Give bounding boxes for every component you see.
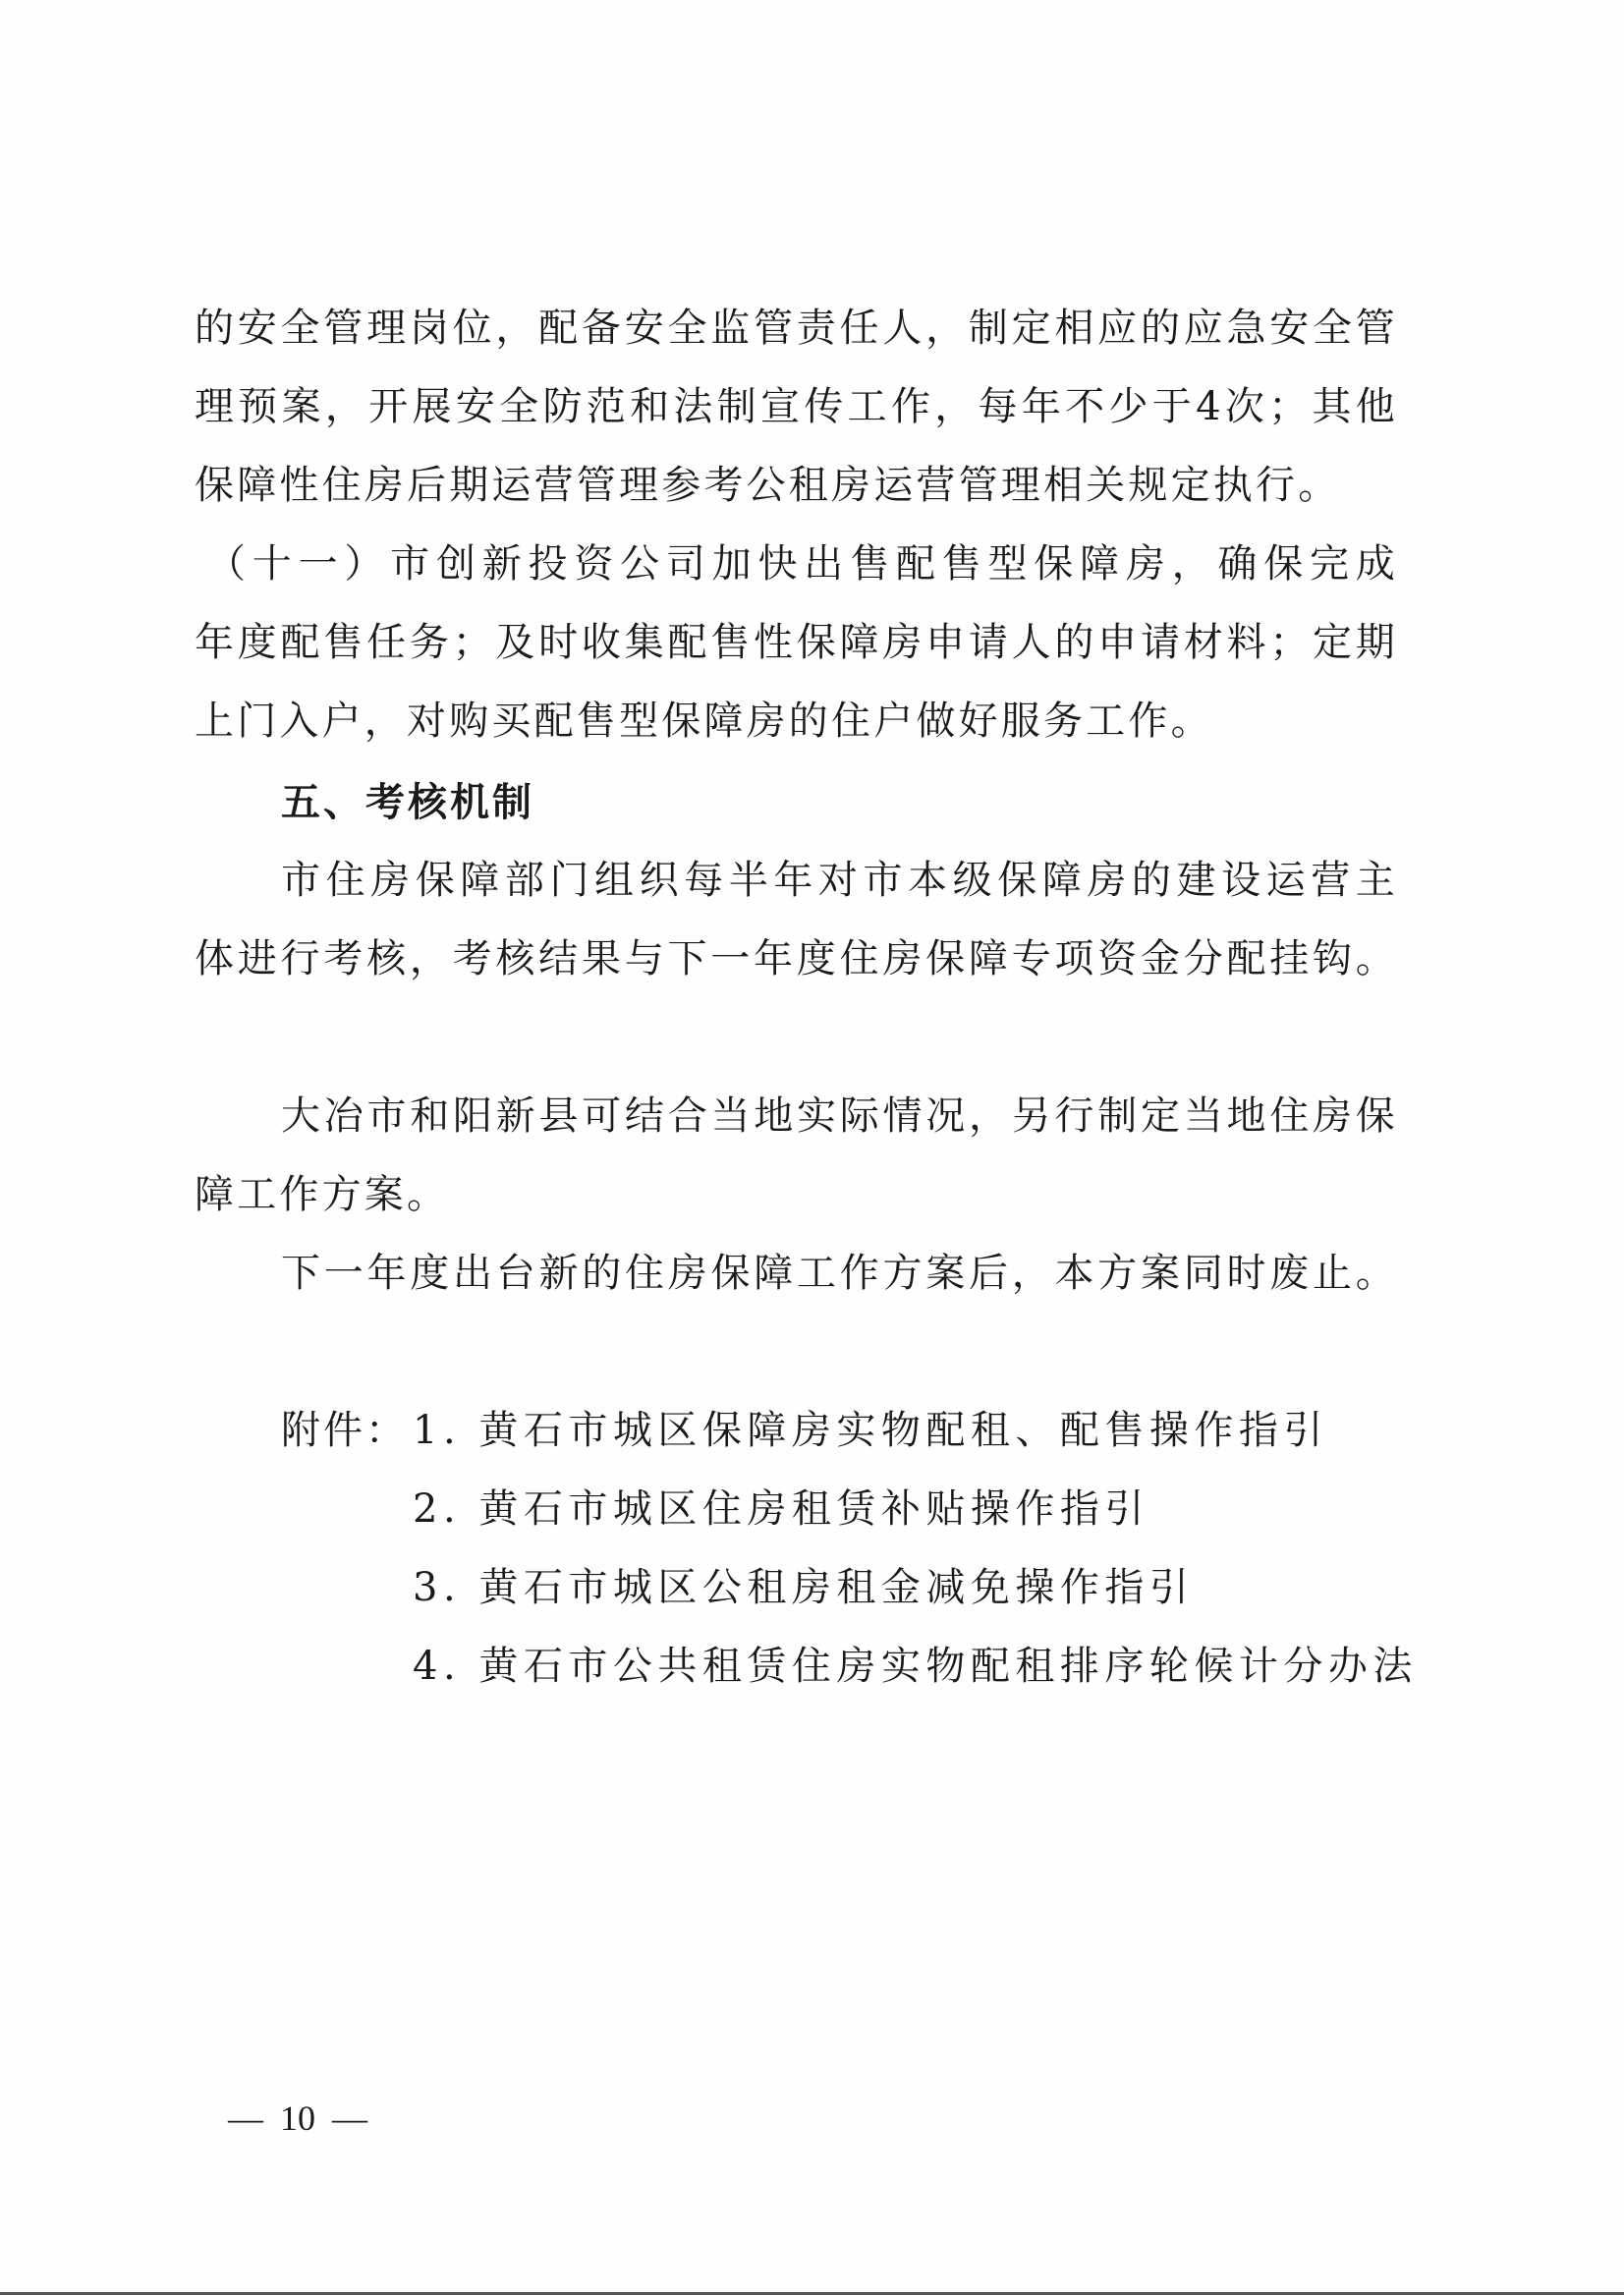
paragraph-line: 体进行考核，考核结果与下一年度住房保障专项资金分配挂钩。 (195, 935, 1398, 982)
attachment-item: 4. 黄石市公共租赁住房实物配租排序轮候计分办法 (413, 1643, 1418, 1690)
attachments-label: 附件： (281, 1407, 408, 1454)
paragraph-line: 上门入户，对购买配售型保障房的住户做好服务工作。 (195, 698, 1398, 745)
page-number: — 10 — (228, 2099, 367, 2138)
document-page: 的安全管理岗位，配备安全监管责任人，制定相应的应急安全管 理预案，开展安全防范和… (0, 0, 1624, 2295)
paragraph-line: 市住房保障部门组织每半年对市本级保障房的建设运营主 (281, 857, 1398, 904)
paragraph-line: 年度配售任务；及时收集配售性保障房申请人的申请材料；定期 (195, 619, 1398, 666)
paragraph-line: 理预案，开展安全防范和法制宣传工作，每年不少于4次；其他 (195, 383, 1398, 430)
section-heading: 五、考核机制 (281, 779, 534, 826)
attachment-item: 3. 黄石市城区公租房租金减免操作指引 (413, 1564, 1194, 1611)
paragraph-line: 大冶市和阳新县可结合当地实际情况，另行制定当地住房保 (281, 1092, 1398, 1140)
paragraph-line: 的安全管理岗位，配备安全监管责任人，制定相应的应急安全管 (195, 305, 1398, 352)
paragraph-line: （十一）市创新投资公司加快出售配售型保障房，确保完成 (206, 540, 1398, 588)
attachment-item: 2. 黄石市城区住房租赁补贴操作指引 (413, 1485, 1149, 1533)
paragraph-line: 障工作方案。 (195, 1171, 1398, 1218)
attachment-item: 1. 黄石市城区保障房实物配租、配售操作指引 (413, 1407, 1328, 1454)
paragraph-line: 保障性住房后期运营管理参考公租房运营管理相关规定执行。 (195, 462, 1398, 509)
paragraph-line: 下一年度出台新的住房保障工作方案后，本方案同时废止。 (281, 1250, 1398, 1297)
